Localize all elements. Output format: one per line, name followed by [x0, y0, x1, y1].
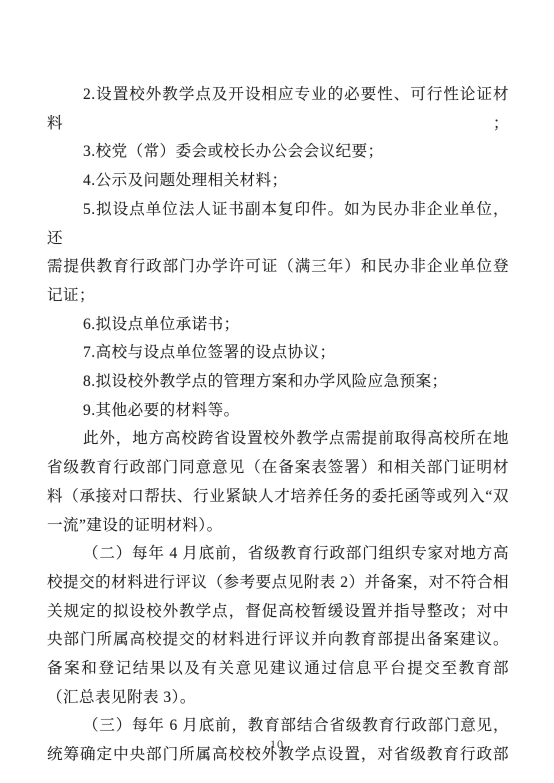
page-number: 10 [0, 737, 554, 752]
text-line: 料（承接对口帮扶、行业紧缺人才培养任务的委托函等或列入“双 [47, 483, 509, 512]
text-line: 3.校党（常）委会或校长办公会会议纪要； [47, 138, 509, 167]
text-line: 2.设置校外教学点及开设相应专业的必要性、可行性论证材料； [47, 81, 509, 138]
text-line: 需提供教育行政部门办学许可证（满三年）和民办非企业单位登 [47, 253, 509, 282]
text-line: 省级教育行政部门同意意见（在备案表签署）和相关部门证明材 [47, 454, 509, 483]
text-line: 记证； [47, 282, 509, 311]
document-body: 2.设置校外教学点及开设相应专业的必要性、可行性论证材料；3.校党（常）委会或校… [47, 81, 509, 770]
text-line: 6.拟设点单位承诺书； [47, 311, 509, 340]
text-line: 关规定的拟设校外教学点，督促高校暂缓设置并指导整改；对中 [47, 598, 509, 627]
text-line: 备案和登记结果以及有关意见建议通过信息平台提交至教育部 [47, 655, 509, 684]
text-line: 央部门所属高校提交的材料进行评议并向教育部提出备案建议。 [47, 626, 509, 655]
text-line: 此外，地方高校跨省设置校外教学点需提前取得高校所在地 [47, 425, 509, 454]
text-line: （汇总表见附表 3）。 [47, 684, 509, 713]
text-line: 9.其他必要的材料等。 [47, 397, 509, 426]
text-line: 4.公示及问题处理相关材料； [47, 167, 509, 196]
text-line: （二）每年 4 月底前，省级教育行政部门组织专家对地方高 [47, 540, 509, 569]
document-page: 2.设置校外教学点及开设相应专业的必要性、可行性论证材料；3.校党（常）委会或校… [0, 0, 554, 783]
text-line: 校提交的材料进行评议（参考要点见附表 2）并备案，对不符合相 [47, 569, 509, 598]
text-line: 7.高校与设点单位签署的设点协议； [47, 339, 509, 368]
text-line: 8.拟设校外教学点的管理方案和办学风险应急预案； [47, 368, 509, 397]
text-line: 5.拟设点单位法人证书副本复印件。如为民办非企业单位，还 [47, 196, 509, 253]
text-line: 一流”建设的证明材料）。 [47, 512, 509, 541]
